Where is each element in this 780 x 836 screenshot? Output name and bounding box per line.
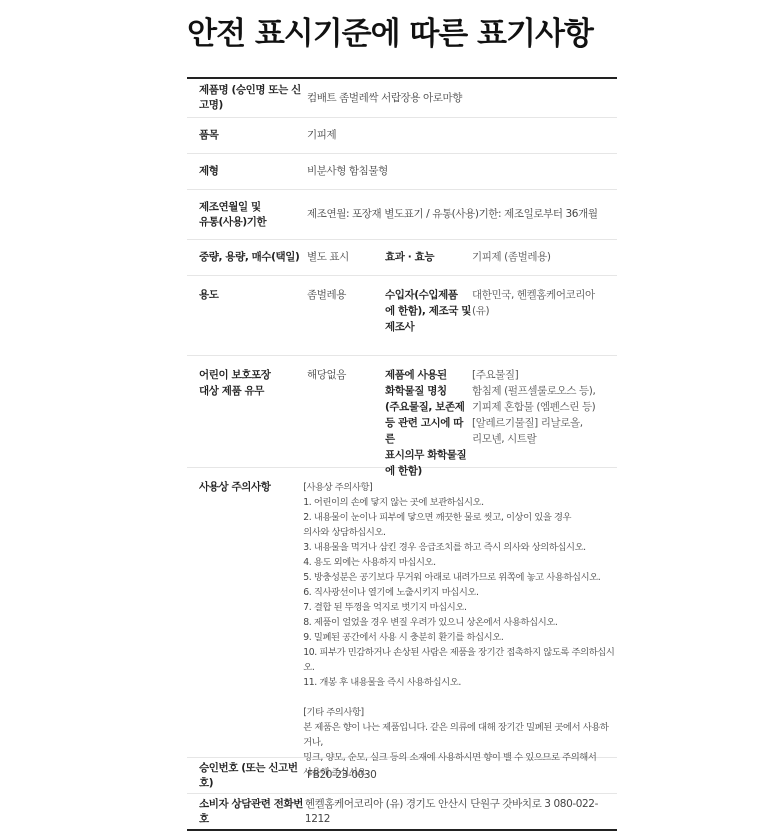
label: 용도 <box>187 287 307 355</box>
label: 제형 <box>187 164 307 179</box>
value-effect: 기피제 (좀벌레용) <box>472 250 602 265</box>
value: 별도 표시 <box>307 250 385 265</box>
row-product-name: 제품명 (승인명 또는 신고명) 컴배트 좀벌레싹 서랍장용 아로마향 <box>187 79 617 118</box>
value-chemicals: [주요물질] 함침제 (펄프셀룰로오스 등), 기피제 혼합물 (엠펜스린 등)… <box>472 367 602 467</box>
row-dates: 제조연월일 및 유통(사용)기한 제조연월: 포장재 별도표기 / 유통(사용)… <box>187 190 617 240</box>
label: 승인번호 (또는 신고번호) <box>187 761 307 791</box>
label-effect: 효과 · 효능 <box>385 250 472 265</box>
row-formulation: 제형 비분사형 함침물형 <box>187 154 617 190</box>
label-importer: 수입자(수입제품 에 한함), 제조국 및 제조사 <box>385 287 472 355</box>
row-usage: 용도 좀벌레용 수입자(수입제품 에 한함), 제조국 및 제조사 대한민국, … <box>187 276 617 356</box>
row-child: 어린이 보호포장 대상 제품 유무 해당없음 제품에 사용된 화학물질 명칭 (… <box>187 356 617 468</box>
value: 좀벌레용 <box>307 287 385 355</box>
value: [사용상 주의사항] 1. 어린이의 손에 닿지 않는 곳에 보관하십시오. 2… <box>303 480 617 757</box>
label: 중량, 용량, 매수(택일) <box>187 250 307 265</box>
value: 해당없음 <box>307 367 385 467</box>
value: FB20-23-0030 <box>307 768 376 783</box>
value: 컴배트 좀벌레싹 서랍장용 아로마향 <box>307 91 462 106</box>
row-weight: 중량, 용량, 매수(택일) 별도 표시 효과 · 효능 기피제 (좀벌레용) <box>187 240 617 276</box>
label: 품목 <box>187 128 307 143</box>
value: 제조연월: 포장재 별도표기 / 유통(사용)기한: 제조일로부터 36개월 <box>307 207 598 222</box>
label-chemicals: 제품에 사용된 화학물질 명칭 (주요물질, 보존제 등 관련 고시에 따른 표… <box>385 367 472 467</box>
label-info-table: 제품명 (승인명 또는 신고명) 컴배트 좀벌레싹 서랍장용 아로마향 품목 기… <box>187 77 617 831</box>
label: 사용상 주의사항 <box>187 480 303 757</box>
label: 어린이 보호포장 대상 제품 유무 <box>187 367 307 467</box>
row-caution: 사용상 주의사항 [사용상 주의사항] 1. 어린이의 손에 닿지 않는 곳에 … <box>187 468 617 758</box>
value-importer: 대한민국, 헨켈홈케어코리아(유) <box>472 287 602 355</box>
label: 소비자 상담관련 전화번호 <box>187 797 305 827</box>
label: 제조연월일 및 유통(사용)기한 <box>187 200 307 230</box>
value: 헨켈홈케어코리아 (유) 경기도 안산시 단원구 갓바치로 3 080-022-… <box>305 797 617 827</box>
label: 제품명 (승인명 또는 신고명) <box>187 83 307 113</box>
value: 기피제 <box>307 128 336 143</box>
value: 비분사형 함침물형 <box>307 164 388 179</box>
row-consumer: 소비자 상담관련 전화번호 헨켈홈케어코리아 (유) 경기도 안산시 단원구 갓… <box>187 794 617 829</box>
row-item: 품목 기피제 <box>187 118 617 154</box>
page-title: 안전 표시기준에 따른 표기사항 <box>0 8 780 53</box>
